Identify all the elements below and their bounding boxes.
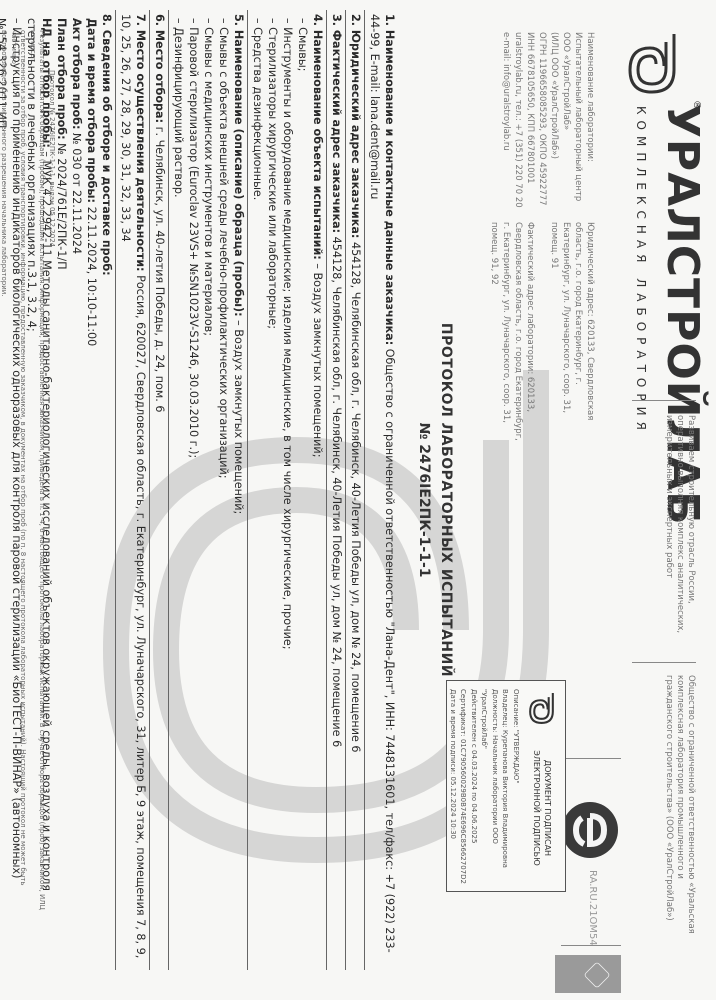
header-divider: [561, 945, 621, 946]
accreditation-logo-icon: [560, 800, 620, 860]
row-label: Дата и время отбора пробы:: [85, 18, 98, 203]
section-value: г. Челябинск, ул. 40-летия Победы, д. 24…: [153, 123, 166, 413]
section-label: 7. Место осуществления деятельности:: [134, 14, 147, 272]
lab-info: Наименование лаборатории: Испытательный …: [500, 32, 596, 212]
company-logo-icon: [626, 30, 680, 96]
section-label: 5. Наименование (описание) образца (проб…: [232, 14, 245, 317]
section-value: – Воздух замкнутых помещений;: [232, 317, 245, 515]
accreditation-code: RA.RU.21ОМ54: [587, 870, 598, 946]
section-value: – Воздух замкнутых помещений;: [311, 260, 324, 458]
section-label: 6. Место отбора:: [153, 14, 166, 123]
section-list-item: – Смывы с медицинских инструментов и мат…: [201, 14, 216, 966]
section-label: 3. Фактический адрес заказчика:: [330, 14, 343, 233]
sampling-row: Акт отбора проб: № 030 от 22.11.2024: [69, 14, 84, 966]
row-value: № 030 от 22.11.2024: [70, 129, 83, 254]
row-value: № 2024/761E/2ПК-1/П: [55, 140, 68, 270]
section-label: 8. Сведения об отборе и доставке проб:: [100, 14, 113, 276]
section-list-item: – Смывы с объекта внешней среды лечебно-…: [216, 14, 231, 966]
tagline: Развиваем строительную отрасль России, о…: [663, 415, 696, 655]
section-7: 7. Место осуществления деятельности: Рос…: [115, 10, 149, 970]
brand-subtitle: КОМПЛЕКСНАЯ ЛАБОРАТОРИЯ: [634, 106, 648, 436]
section-list-item: – Паровой стерилизатор (Euroclav 23VS+ №…: [186, 14, 201, 966]
signature-title: ДОКУМЕНТ ПОДПИСАН ЭЛЕКТРОННОЙ ПОДПИСЬЮ: [531, 733, 553, 883]
ilac-badge-icon: [555, 955, 621, 993]
document-page: ® УРАЛСТРОЙЛАБ КОМПЛЕКСНАЯ ЛАБОРАТОРИЯ Р…: [0, 0, 716, 1000]
section-label: 2. Юридический адрес заказчика:: [349, 14, 362, 238]
row-label: План отбора проб:: [55, 18, 68, 140]
protocol-sections: 1. Наименование и контактные данные зака…: [0, 10, 398, 970]
section-2: 2. Юридический адрес заказчика: 454128, …: [345, 10, 364, 970]
section-value: 454128, Челябинская обл, г. Челябинск, 4…: [349, 238, 362, 752]
section-1: 1. Наименование и контактные данные зака…: [364, 10, 398, 970]
section-list-item: – Средства дезинфекционные.: [250, 14, 265, 966]
section-3: 3. Фактический адрес заказчика: 454128, …: [326, 10, 345, 970]
section-value: 454128, Челябинская обл, г. Челябинск, 4…: [330, 233, 343, 747]
company-full-name: Общество с ограниченной ответственностью…: [663, 675, 696, 935]
section-label: 4. Наименование объекта испытаний:: [311, 14, 324, 260]
letterhead: ® УРАЛСТРОЙЛАБ КОМПЛЕКСНАЯ ЛАБОРАТОРИЯ Р…: [556, 0, 716, 1000]
section-list-item: – Смывы;: [295, 14, 310, 966]
section-list-item: – Дезинфицирующий раствор.: [171, 14, 186, 966]
header-divider: [561, 758, 621, 759]
e-signature-box: ДОКУМЕНТ ПОДПИСАН ЭЛЕКТРОННОЙ ПОДПИСЬЮ О…: [446, 680, 566, 892]
section-label: 1. Наименование и контактные данные зака…: [383, 14, 396, 345]
lab-legal-address: Юридический адрес: 620133, Свердловская …: [548, 222, 596, 442]
lab-actual-address: Фактический адрес лаборатории: 620133, С…: [488, 222, 536, 442]
header-divider: [632, 662, 696, 663]
sampling-row: Дата и время отбора пробы: 22.11.2024, 1…: [84, 14, 99, 966]
section-5: 5. Наименование (описание) образца (проб…: [168, 10, 247, 970]
sampling-row: План отбора проб: № 2024/761E/2ПК-1/П: [54, 14, 69, 966]
document-title: ПРОТОКОЛ ЛАБОРАТОРНЫХ ИСПЫТАНИЙ: [438, 0, 454, 1000]
section-4: 4. Наименование объекта испытаний: – Воз…: [247, 10, 326, 970]
signature-details: Описание: "УТВЕРЖДАЮ" Владелец: Курепано…: [448, 689, 522, 891]
row-label: Акт отбора проб:: [70, 18, 83, 129]
row-value: 22.11.2024, 10:10-11:00: [85, 203, 98, 346]
section-6: 6. Место отбора: г. Челябинск, ул. 40-ле…: [149, 10, 168, 970]
header-divider: [632, 400, 696, 401]
document-number: № 2476IE2ПК-1-1-1: [416, 0, 432, 1000]
footnote: Протокол № 2476IE2ПК-1-1-1, выдан 05.12.…: [0, 30, 56, 920]
section-list-item: – Инструменты и оборудование медицинские…: [280, 14, 295, 966]
signature-logo-icon: [527, 691, 557, 725]
section-list-item: – Стерилизаторы хирургические или лабора…: [265, 14, 280, 966]
